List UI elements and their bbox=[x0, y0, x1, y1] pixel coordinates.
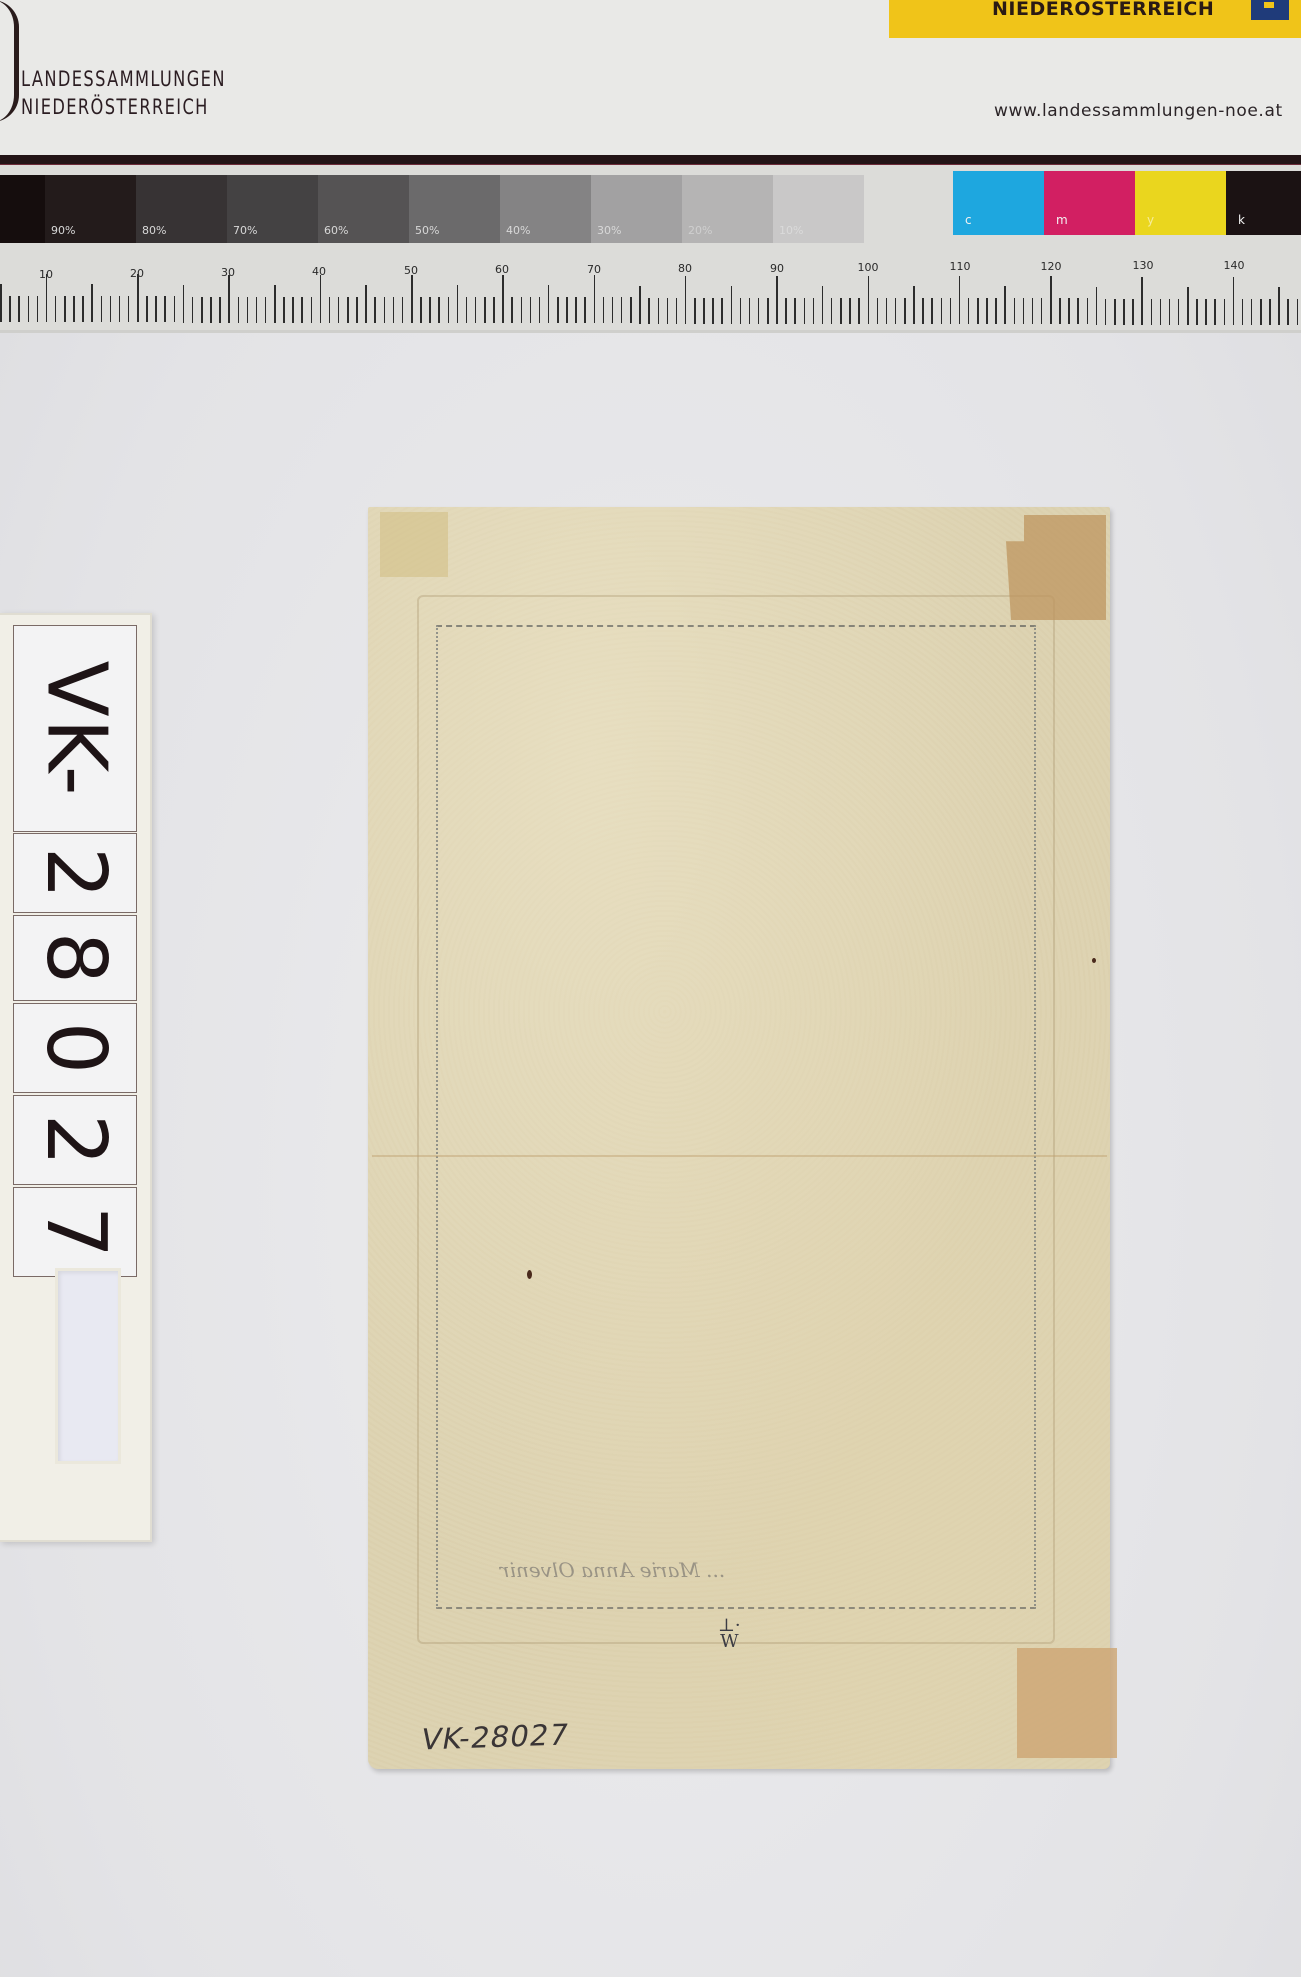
ruler-label: 120 bbox=[1041, 260, 1062, 273]
logo-line-2: NIEDERÖSTERREICH bbox=[21, 95, 209, 119]
logo-line-1: LANDESSAMMLUNGEN bbox=[21, 67, 226, 91]
yellow-patch: y bbox=[1135, 171, 1226, 235]
ruler-tick bbox=[694, 298, 696, 324]
ruler-edge bbox=[0, 330, 1301, 333]
ruler-tick bbox=[164, 296, 166, 322]
ruler-tick bbox=[703, 298, 705, 324]
ruler-tick bbox=[18, 296, 20, 322]
label-tag: 8 bbox=[13, 915, 137, 1001]
gray-patch-90: 90% bbox=[45, 175, 136, 243]
ruler-label: 80 bbox=[678, 262, 692, 275]
ruler-tick bbox=[82, 296, 84, 322]
ruler-tick bbox=[201, 297, 203, 323]
ruler-tick bbox=[466, 297, 468, 323]
ruler-tick bbox=[521, 297, 523, 323]
ruler-tick bbox=[1187, 287, 1189, 325]
ruler-label: 70 bbox=[587, 263, 601, 276]
ruler-tick bbox=[320, 275, 322, 323]
ruler-tick bbox=[931, 298, 933, 324]
ruler-tick bbox=[530, 297, 532, 323]
monogram-bottom: W bbox=[718, 1634, 741, 1650]
ruler-tick bbox=[1260, 299, 1262, 325]
ruler-tick bbox=[639, 286, 641, 324]
ruler-tick bbox=[612, 297, 614, 323]
ruler-tick bbox=[1251, 299, 1253, 325]
print-border-showthrough bbox=[436, 625, 1036, 1609]
collector-monogram: ⊥· W bbox=[718, 1618, 741, 1650]
ruler-tick bbox=[429, 297, 431, 323]
label-tag: 2 bbox=[13, 833, 137, 913]
ruler-tick bbox=[868, 276, 870, 324]
ruler-tick bbox=[384, 297, 386, 323]
black-patch: k bbox=[1226, 171, 1301, 235]
ruler-tick bbox=[986, 298, 988, 324]
ruler-tick bbox=[731, 286, 733, 324]
ruler-tick bbox=[712, 298, 714, 324]
gray-patch-30: 30% bbox=[591, 175, 682, 243]
ruler-tick bbox=[448, 297, 450, 323]
ruler-tick bbox=[1087, 298, 1089, 324]
ruler-tick bbox=[1123, 299, 1125, 325]
cyan-patch: c bbox=[953, 171, 1044, 235]
ruler-tick bbox=[904, 298, 906, 324]
mirrored-inscription: ... Marie Anna Olvenir bbox=[500, 1558, 725, 1582]
ruler-tick bbox=[1132, 299, 1134, 325]
ruler-tick bbox=[301, 297, 303, 323]
ruler-tick bbox=[9, 296, 11, 322]
ruler-tick bbox=[575, 297, 577, 323]
ruler-tick bbox=[603, 297, 605, 323]
ruler-tick bbox=[831, 298, 833, 324]
ruler-tick bbox=[968, 298, 970, 324]
ruler-tick bbox=[721, 298, 723, 324]
ruler-tick bbox=[1114, 299, 1116, 325]
gray-patch-60: 60% bbox=[318, 175, 409, 243]
ruler-tick bbox=[475, 297, 477, 323]
ruler-tick bbox=[484, 297, 486, 323]
ruler-tick bbox=[137, 274, 139, 322]
handwritten-inventory-number: VK-28027 bbox=[418, 1717, 572, 1756]
ruler-label: 130 bbox=[1133, 259, 1154, 272]
ruler-tick bbox=[1269, 299, 1271, 325]
ruler-tick bbox=[658, 298, 660, 324]
ruler-tick bbox=[676, 298, 678, 324]
ruler-tick bbox=[877, 298, 879, 324]
ruler-tick bbox=[101, 296, 103, 322]
ruler-tick bbox=[1032, 298, 1034, 324]
ruler-tick bbox=[411, 275, 413, 323]
ruler-tick bbox=[767, 298, 769, 324]
ruler-tick bbox=[594, 275, 596, 323]
ruler-tick bbox=[667, 298, 669, 324]
ruler-tick bbox=[283, 297, 285, 323]
ruler-tick bbox=[265, 297, 267, 323]
gray-patch-20: 20% bbox=[682, 175, 773, 243]
ruler-tick bbox=[959, 276, 961, 324]
measurement-ruler: 10 20 30 40 50 60 70 80 90 100 110 120 1… bbox=[0, 250, 1301, 330]
ruler-tick bbox=[886, 298, 888, 324]
ruler-tick bbox=[913, 286, 915, 324]
ruler-tick bbox=[950, 298, 952, 324]
ruler-tick bbox=[1233, 277, 1235, 325]
ruler-tick bbox=[822, 286, 824, 324]
ruler-tick bbox=[1151, 299, 1153, 325]
ruler-tick bbox=[329, 297, 331, 323]
brace-logo-icon bbox=[0, 0, 19, 122]
cmyk-bar: c m y k bbox=[953, 171, 1301, 235]
ruler-tick bbox=[110, 296, 112, 322]
ruler-tick bbox=[749, 298, 751, 324]
ruler-tick bbox=[548, 285, 550, 323]
ruler-tick bbox=[740, 298, 742, 324]
ruler-tick bbox=[402, 297, 404, 323]
tape-bottom-right bbox=[1017, 1648, 1117, 1758]
ruler-tick bbox=[895, 298, 897, 324]
ruler-tick bbox=[539, 297, 541, 323]
coat-of-arms-icon bbox=[1251, 0, 1289, 20]
ruler-tick bbox=[292, 297, 294, 323]
ruler-tick bbox=[28, 296, 30, 322]
ruler-tick bbox=[1287, 299, 1289, 325]
fold-crease bbox=[372, 1155, 1107, 1157]
ruler-tick bbox=[804, 298, 806, 324]
label-tag: 7 bbox=[13, 1187, 137, 1277]
ruler-tick bbox=[119, 296, 121, 322]
ruler-label: 100 bbox=[858, 261, 879, 274]
ruler-tick bbox=[1023, 298, 1025, 324]
ruler-tick bbox=[347, 297, 349, 323]
ruler-tick bbox=[210, 297, 212, 323]
ruler-tick bbox=[1224, 299, 1226, 325]
label-holder-window bbox=[55, 1268, 121, 1464]
ruler-tick bbox=[1050, 276, 1052, 324]
ruler-tick bbox=[91, 284, 93, 322]
ruler-tick bbox=[1105, 299, 1107, 325]
ruler-tick bbox=[621, 297, 623, 323]
ruler-tick bbox=[849, 298, 851, 324]
ruler-tick bbox=[785, 298, 787, 324]
ruler-tick bbox=[922, 298, 924, 324]
gray-patch-100 bbox=[0, 175, 45, 243]
gray-patch-70: 70% bbox=[227, 175, 318, 243]
ruler-tick bbox=[238, 297, 240, 323]
tape-top-left bbox=[380, 512, 448, 577]
ruler-tick bbox=[46, 274, 48, 322]
ruler-tick bbox=[420, 297, 422, 323]
ruler-tick bbox=[1278, 287, 1280, 325]
ruler-tick bbox=[311, 297, 313, 323]
ruler-tick bbox=[393, 297, 395, 323]
ruler-tick bbox=[995, 298, 997, 324]
ruler-tick bbox=[1178, 299, 1180, 325]
ruler-tick bbox=[174, 296, 176, 322]
ruler-label: 60 bbox=[495, 263, 509, 276]
ruler-tick bbox=[1196, 299, 1198, 325]
ruler-tick bbox=[1004, 286, 1006, 324]
label-tag: 0 bbox=[13, 1003, 137, 1093]
banner-text: NIEDERÖSTERREICH bbox=[992, 0, 1214, 18]
ruler-tick bbox=[219, 297, 221, 323]
ruler-tick bbox=[0, 284, 2, 322]
ruler-tick bbox=[338, 297, 340, 323]
ruler-tick bbox=[55, 296, 57, 322]
ruler-tick bbox=[493, 297, 495, 323]
ruler-tick bbox=[1242, 299, 1244, 325]
ruler-tick bbox=[941, 298, 943, 324]
ruler-tick bbox=[247, 297, 249, 323]
ruler-tick bbox=[977, 298, 979, 324]
ruler-tick bbox=[356, 297, 358, 323]
ruler-tick bbox=[1169, 299, 1171, 325]
ruler-tick bbox=[1214, 299, 1216, 325]
ruler-tick bbox=[192, 297, 194, 323]
ruler-tick bbox=[1068, 298, 1070, 324]
ruler-tick bbox=[438, 297, 440, 323]
ruler-tick bbox=[64, 296, 66, 322]
ruler-tick bbox=[840, 298, 842, 324]
ruler-tick bbox=[1160, 299, 1162, 325]
ruler-tick bbox=[457, 285, 459, 323]
ruler-tick bbox=[648, 298, 650, 324]
ruler-tick bbox=[365, 285, 367, 323]
ruler-tick bbox=[256, 297, 258, 323]
ruler-tick bbox=[502, 275, 504, 323]
label-tag: 2 bbox=[13, 1095, 137, 1185]
ruler-tick bbox=[1077, 298, 1079, 324]
ruler-tick bbox=[557, 297, 559, 323]
ruler-label: 110 bbox=[950, 260, 971, 273]
ruler-tick bbox=[1059, 298, 1061, 324]
ruler-tick bbox=[858, 298, 860, 324]
ruler-label: 90 bbox=[770, 262, 784, 275]
ruler-tick bbox=[146, 296, 148, 322]
ruler-tick bbox=[776, 276, 778, 324]
ruler-tick bbox=[813, 298, 815, 324]
grayscale-bar: 90% 80% 70% 60% 50% 40% 30% 20% 10% bbox=[0, 175, 864, 243]
ruler-tick bbox=[630, 297, 632, 323]
ruler-tick bbox=[511, 297, 513, 323]
ruler-tick bbox=[183, 285, 185, 323]
ruler-tick bbox=[37, 296, 39, 322]
ruler-tick bbox=[584, 297, 586, 323]
ruler-tick bbox=[1014, 298, 1016, 324]
magenta-patch: m bbox=[1044, 171, 1135, 235]
ruler-tick bbox=[1041, 298, 1043, 324]
gray-patch-50: 50% bbox=[409, 175, 500, 243]
stain-spot bbox=[1092, 958, 1096, 963]
ruler-tick bbox=[1297, 299, 1299, 325]
ruler-label: 140 bbox=[1224, 259, 1245, 272]
gray-patch-80: 80% bbox=[136, 175, 227, 243]
ruler-tick bbox=[73, 296, 75, 322]
ruler-tick bbox=[374, 297, 376, 323]
gray-patch-10: 10% bbox=[773, 175, 864, 243]
ruler-tick bbox=[1096, 287, 1098, 325]
ruler-tick bbox=[274, 285, 276, 323]
ruler-tick bbox=[758, 298, 760, 324]
gray-patch-40: 40% bbox=[500, 175, 591, 243]
ruler-tick bbox=[685, 276, 687, 324]
website-url: www.landessammlungen-noe.at bbox=[994, 101, 1283, 121]
ruler-tick bbox=[1141, 277, 1143, 325]
ruler-tick bbox=[155, 296, 157, 322]
divider-bar bbox=[0, 155, 1301, 165]
ruler-tick bbox=[128, 296, 130, 322]
ruler-tick bbox=[566, 297, 568, 323]
ruler-tick bbox=[228, 275, 230, 323]
label-tag: VK- bbox=[13, 625, 137, 832]
ruler-tick bbox=[794, 298, 796, 324]
ruler-tick bbox=[1205, 299, 1207, 325]
stain-spot bbox=[527, 1270, 532, 1279]
